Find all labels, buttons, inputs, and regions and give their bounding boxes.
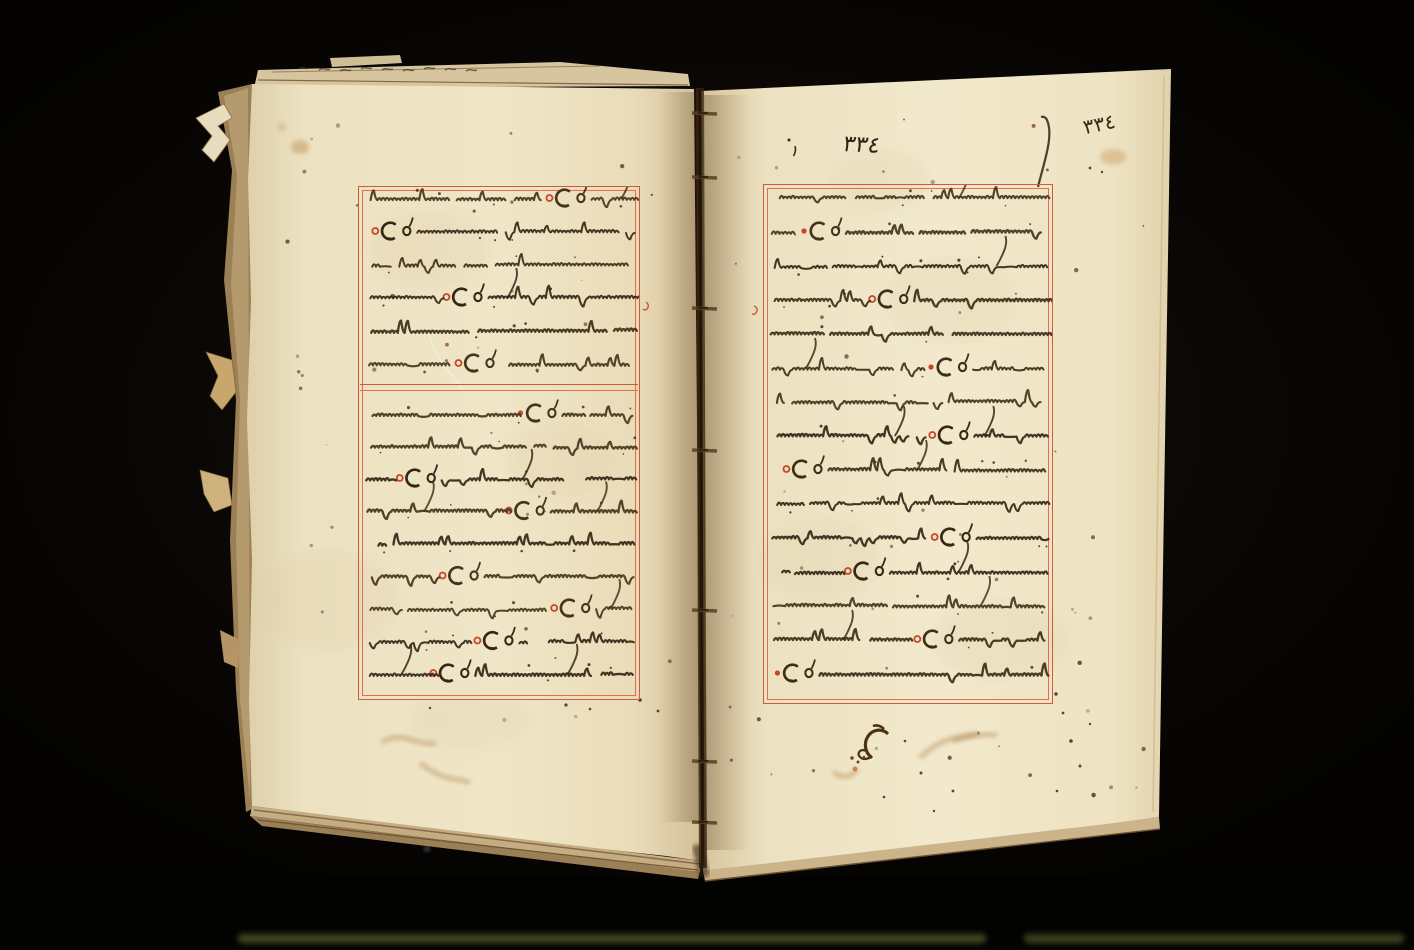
- script-line: [771, 325, 1052, 343]
- ascender-stroke: [996, 236, 1006, 266]
- script-line: [372, 562, 634, 586]
- red-punctuation-ring: [929, 432, 935, 438]
- blue-fleck: [425, 847, 429, 851]
- red-dot: [853, 767, 858, 772]
- loop-glyph: [832, 227, 839, 235]
- stain: [278, 123, 286, 131]
- crescent-glyph: [440, 665, 453, 682]
- loop-glyph: [474, 293, 481, 301]
- crescent-glyph: [527, 405, 540, 422]
- red-punctuation-ring: [551, 605, 557, 611]
- script-line: [371, 321, 637, 339]
- crescent-glyph: [941, 529, 954, 546]
- script-line: [775, 236, 1047, 276]
- right-page-script-lines: [764, 185, 1052, 703]
- script-line: [367, 482, 636, 520]
- crescent-glyph: [938, 359, 951, 376]
- loop-glyph: [548, 409, 555, 417]
- script-line: [774, 610, 1044, 648]
- script-line: [369, 350, 629, 374]
- red-punctuation-ring: [372, 228, 378, 234]
- loop-glyph: [577, 194, 584, 202]
- script-line: [372, 218, 634, 242]
- script-line: [379, 533, 635, 554]
- script-line: [775, 660, 1049, 683]
- right-text-frame: [763, 184, 1053, 704]
- manuscript-photo: ٣٣٤ ٣٣٤: [0, 0, 1414, 950]
- ascender-stroke: [980, 576, 990, 606]
- folio-number-header: ٣٣٤: [841, 133, 882, 158]
- gutter-shadow-left: [658, 92, 700, 822]
- crescent-glyph: [556, 190, 569, 207]
- red-punctuation-ring: [914, 636, 920, 642]
- red-punctuation-ring: [845, 568, 851, 574]
- crescent-glyph: [811, 223, 824, 240]
- loop-glyph: [945, 635, 952, 643]
- script-line: [780, 185, 1050, 207]
- ascender-stroke: [568, 644, 578, 674]
- loop-glyph: [960, 431, 967, 439]
- stain: [1100, 149, 1126, 165]
- loop-glyph: [403, 227, 410, 235]
- loop-glyph: [537, 506, 544, 514]
- crescent-glyph: [465, 355, 478, 372]
- loop-glyph: [814, 465, 821, 473]
- red-punctuation-dot: [928, 364, 933, 369]
- script-line: [370, 644, 633, 681]
- crescent-glyph: [484, 632, 497, 649]
- left-page-script-lines: [359, 187, 639, 699]
- crescent-glyph: [515, 502, 528, 519]
- gutter-shadow-right: [704, 95, 750, 850]
- crescent-glyph: [382, 223, 395, 240]
- script-line: [775, 286, 1052, 309]
- script-line: [772, 338, 1043, 377]
- loop-glyph: [959, 363, 966, 371]
- red-punctuation-ring: [546, 195, 552, 201]
- red-punctuation-dot: [775, 670, 780, 675]
- red-punctuation-ring: [397, 475, 403, 481]
- script-line: [371, 436, 637, 455]
- loop-glyph: [876, 567, 883, 575]
- loop-glyph: [471, 571, 478, 579]
- crescent-glyph: [453, 289, 466, 306]
- loop-glyph: [428, 474, 435, 482]
- script-line: [772, 524, 1048, 548]
- script-line: [366, 449, 636, 487]
- script-line: [783, 440, 1045, 477]
- loop-glyph: [461, 669, 468, 677]
- script-line: [372, 254, 628, 273]
- crescent-glyph: [784, 665, 797, 682]
- ascender-stroke: [958, 542, 968, 572]
- script-line: [782, 542, 1047, 580]
- script-line: [370, 268, 639, 308]
- crescent-glyph: [406, 470, 419, 487]
- section-divider-rule: [360, 384, 638, 391]
- script-line: [777, 390, 1041, 410]
- script-line: [777, 493, 1049, 513]
- ascender-stroke: [843, 610, 853, 640]
- ascender-stroke: [424, 482, 434, 512]
- ascender-stroke: [806, 338, 816, 368]
- red-punctuation-ring: [455, 360, 461, 366]
- folio-number-corner: ٣٣٤: [1081, 111, 1117, 137]
- crescent-glyph: [855, 563, 868, 580]
- ascender-stroke: [523, 449, 533, 479]
- red-punctuation-ring: [474, 638, 480, 644]
- crescent-glyph: [879, 291, 892, 308]
- loop-glyph: [505, 636, 512, 644]
- loop-glyph: [900, 295, 907, 303]
- book-illustration: [0, 0, 1414, 950]
- script-line: [778, 406, 1048, 444]
- red-punctuation-dot: [801, 228, 806, 233]
- left-text-frame: [358, 186, 640, 700]
- script-line: [371, 187, 638, 208]
- script-line: [774, 576, 1045, 615]
- stain: [291, 140, 309, 154]
- red-punctuation-ring: [443, 294, 449, 300]
- crescent-glyph: [924, 631, 937, 648]
- torn-edge-flap: [206, 352, 236, 410]
- loop-glyph: [582, 604, 589, 612]
- small-ink-mark: [788, 139, 791, 142]
- loop-glyph: [486, 359, 493, 367]
- loop-glyph: [963, 533, 970, 541]
- crescent-glyph: [449, 567, 462, 584]
- red-punctuation-ring: [932, 534, 938, 540]
- loop-glyph: [805, 669, 812, 677]
- script-line: [772, 218, 1041, 240]
- script-line: [373, 400, 633, 424]
- crescent-glyph: [939, 427, 952, 444]
- ascender-stroke: [610, 579, 620, 609]
- torn-edge-flap: [200, 470, 232, 512]
- ascender-stroke: [597, 482, 607, 512]
- crescent-glyph: [793, 461, 806, 478]
- red-punctuation-ring: [783, 466, 789, 472]
- crescent-glyph: [561, 600, 574, 617]
- script-line: [370, 627, 634, 651]
